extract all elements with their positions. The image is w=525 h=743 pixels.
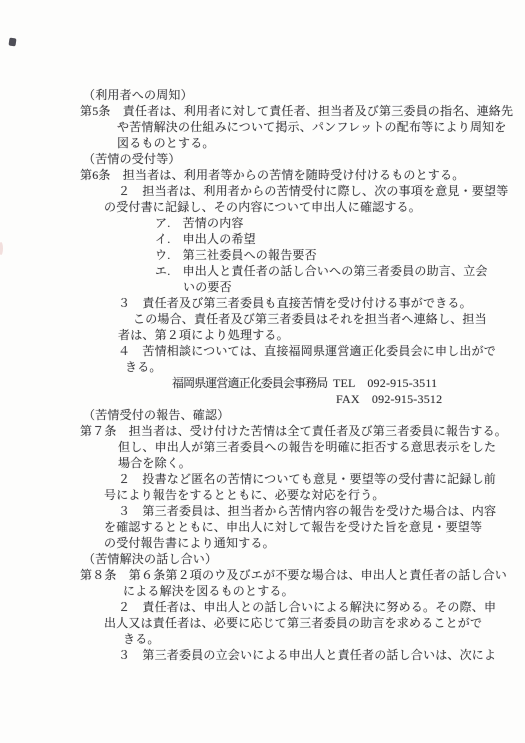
clause-line: ３ 第三者委員の立会いによる申出人と責任者の話し合いは、次によ [118, 648, 496, 662]
clause-line: ４ 苦情相談については、直接福岡県運営適正化委員会に申し出がで [118, 344, 496, 358]
scanned-document-page: （利用者への周知）第5条 責任者は、利用者に対して責任者、担当者及び第三委員の指… [0, 0, 525, 743]
fax-line: FAX 092-915-3512 [336, 392, 442, 406]
clause-line: ３ 責任者及び第三者委員も直接苦情を受け付ける事ができる。 [118, 296, 472, 310]
article-line: 第5条 責任者は、利用者に対して責任者、担当者及び第三委員の指名、連絡先 [80, 104, 513, 118]
document-text-line: の受付書に記録し、その内容について申出人に確認する。 [104, 200, 421, 214]
section-heading-line: （利用者への周知） [83, 88, 193, 102]
article-line: 第７条 担当者は、受け付けた苦情は全て責任者及び第三者委員に報告する。 [80, 424, 507, 438]
scan-ink-speck [8, 38, 16, 47]
clause-line: ３ 第三者委員は、担当者から苦情内容の報告を受けた場合は、内容 [118, 504, 496, 518]
section-heading-line: （苦情受付の報告、確認） [83, 408, 229, 422]
list-item-line: ウ. 第三社委員への報告要否 [155, 248, 317, 262]
document-text-line: の受付報告書により通知する。 [104, 536, 275, 550]
document-text-line: による解決を図るものとする。 [123, 584, 294, 598]
list-item-line: ア. 苦情の内容 [155, 216, 244, 230]
section-heading-line: （苦情解決の話し合い） [83, 552, 217, 566]
document-text-line: 者は、第２項により処理する。 [118, 328, 289, 342]
office-name-line: 福岡県運営適正化委員会事務局 [172, 376, 327, 390]
tel-line: TEL 092-915-3511 [333, 376, 437, 390]
document-text-line: この場合、責任者及び第三者委員はそれを担当者へ連絡し、担当 [133, 312, 487, 326]
clause-line: ２ 投書など匿名の苦情についても意見・要望等の受付書に記録し前 [118, 472, 496, 486]
article-line: 第6条 担当者は、利用者等からの苦情を随時受け付けるものとする。 [80, 168, 464, 182]
article-line: 第８条 第６条第２項のウ及びエが不要な場合は、申出人と責任者の話し合い [80, 568, 507, 582]
list-item-line: エ. 申出人と責任者の話し合いへの第三者委員の助言、立会 [155, 264, 488, 278]
list-item-line: イ. 申出人の希望 [155, 232, 256, 246]
document-text-line: きる。 [123, 632, 160, 646]
document-text-line: 出人又は責任者は、必要に応じて第三者委員の助言を求めることがで [104, 616, 482, 630]
document-text-line: 号により報告をするとともに、必要な対応を行う。 [104, 488, 385, 502]
clause-line: ２ 責任者は、申出人との話し合いによる解決に努める。その際、申 [118, 600, 496, 614]
document-text-line: きる。 [125, 360, 162, 374]
document-text-line: いの要否 [183, 280, 232, 294]
document-text-line: を確認するとともに、申出人に対して報告を受けた旨を意見・要望等 [104, 520, 482, 534]
scan-edge-smudge [0, 242, 3, 255]
clause-line: ２ 担当者は、利用者からの苦情受付に際し、次の事項を意見・要望等 [118, 184, 508, 198]
section-heading-line: （苦情の受付等） [83, 152, 181, 166]
document-text-line: 場合を除く。 [118, 456, 191, 470]
document-text-line: 図るものとする。 [117, 136, 215, 150]
document-text-line: 但し、申出人が第三者委員への報告を明確に拒否する意思表示をした [118, 440, 496, 454]
document-text-line: や苦情解決の仕組みについて掲示、パンフレットの配布等により周知を [117, 120, 507, 134]
